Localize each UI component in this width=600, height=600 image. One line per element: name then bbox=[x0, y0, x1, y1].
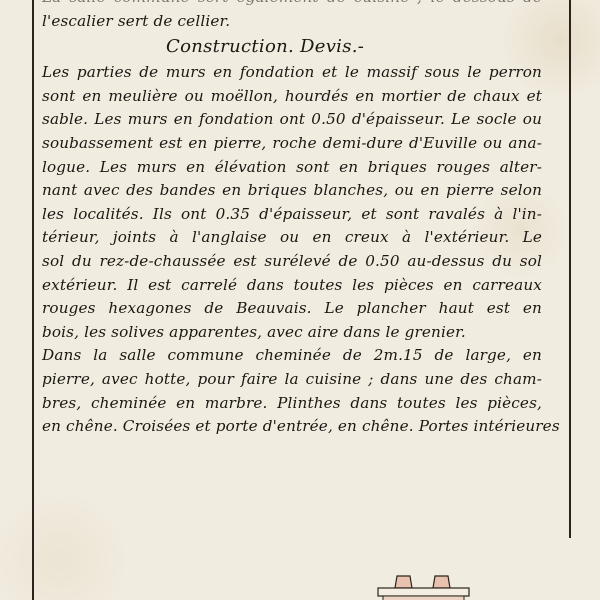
text-line: extérieur. Il est carrelé dans toutes le… bbox=[42, 274, 542, 298]
text-line: Dans la salle commune cheminée de 2m.15 … bbox=[42, 344, 542, 368]
text-line: nant avec des bandes en briques blanches… bbox=[42, 179, 542, 203]
manuscript-page: La salle commune sert également de cuisi… bbox=[42, 0, 542, 439]
text-line: logue. Les murs en élévation sont en bri… bbox=[42, 156, 542, 180]
chimney-stack-icon bbox=[378, 576, 469, 600]
chimney-drawing bbox=[375, 572, 475, 600]
text-line: térieur, joints à l'anglaise ou en creux… bbox=[42, 226, 542, 250]
text-line: soubassement est en pierre, roche demi-d… bbox=[42, 132, 542, 156]
text-line: bres, cheminée en marbre. Plinthes dans … bbox=[42, 392, 542, 416]
text-line: sable. Les murs en fondation ont 0.50 d'… bbox=[42, 108, 542, 132]
section-heading: Construction. Devis.- bbox=[42, 33, 542, 61]
text-line: sol du rez-de-chaussée est surélevé de 0… bbox=[42, 250, 542, 274]
page-border-right bbox=[569, 0, 571, 538]
text-line-cut-off: La salle commune sert également de cuisi… bbox=[42, 0, 542, 10]
text-line: rouges hexagones de Beauvais. Le planche… bbox=[42, 297, 542, 321]
text-line: les localités. Ils ont 0.35 d'épaisseur,… bbox=[42, 203, 542, 227]
text-line: bois, les solives apparentes, avec aire … bbox=[42, 321, 542, 345]
text-line: l'escalier sert de cellier. bbox=[42, 10, 542, 34]
text-line: sont en meulière ou moëllon, hourdés en … bbox=[42, 85, 542, 109]
page-border-left bbox=[32, 0, 34, 600]
text-line: Les parties de murs en fondation et le m… bbox=[42, 61, 542, 85]
text-line: en chêne. Croisées et porte d'entrée, en… bbox=[42, 415, 542, 439]
text-line: pierre, avec hotte, pour faire la cuisin… bbox=[42, 368, 542, 392]
